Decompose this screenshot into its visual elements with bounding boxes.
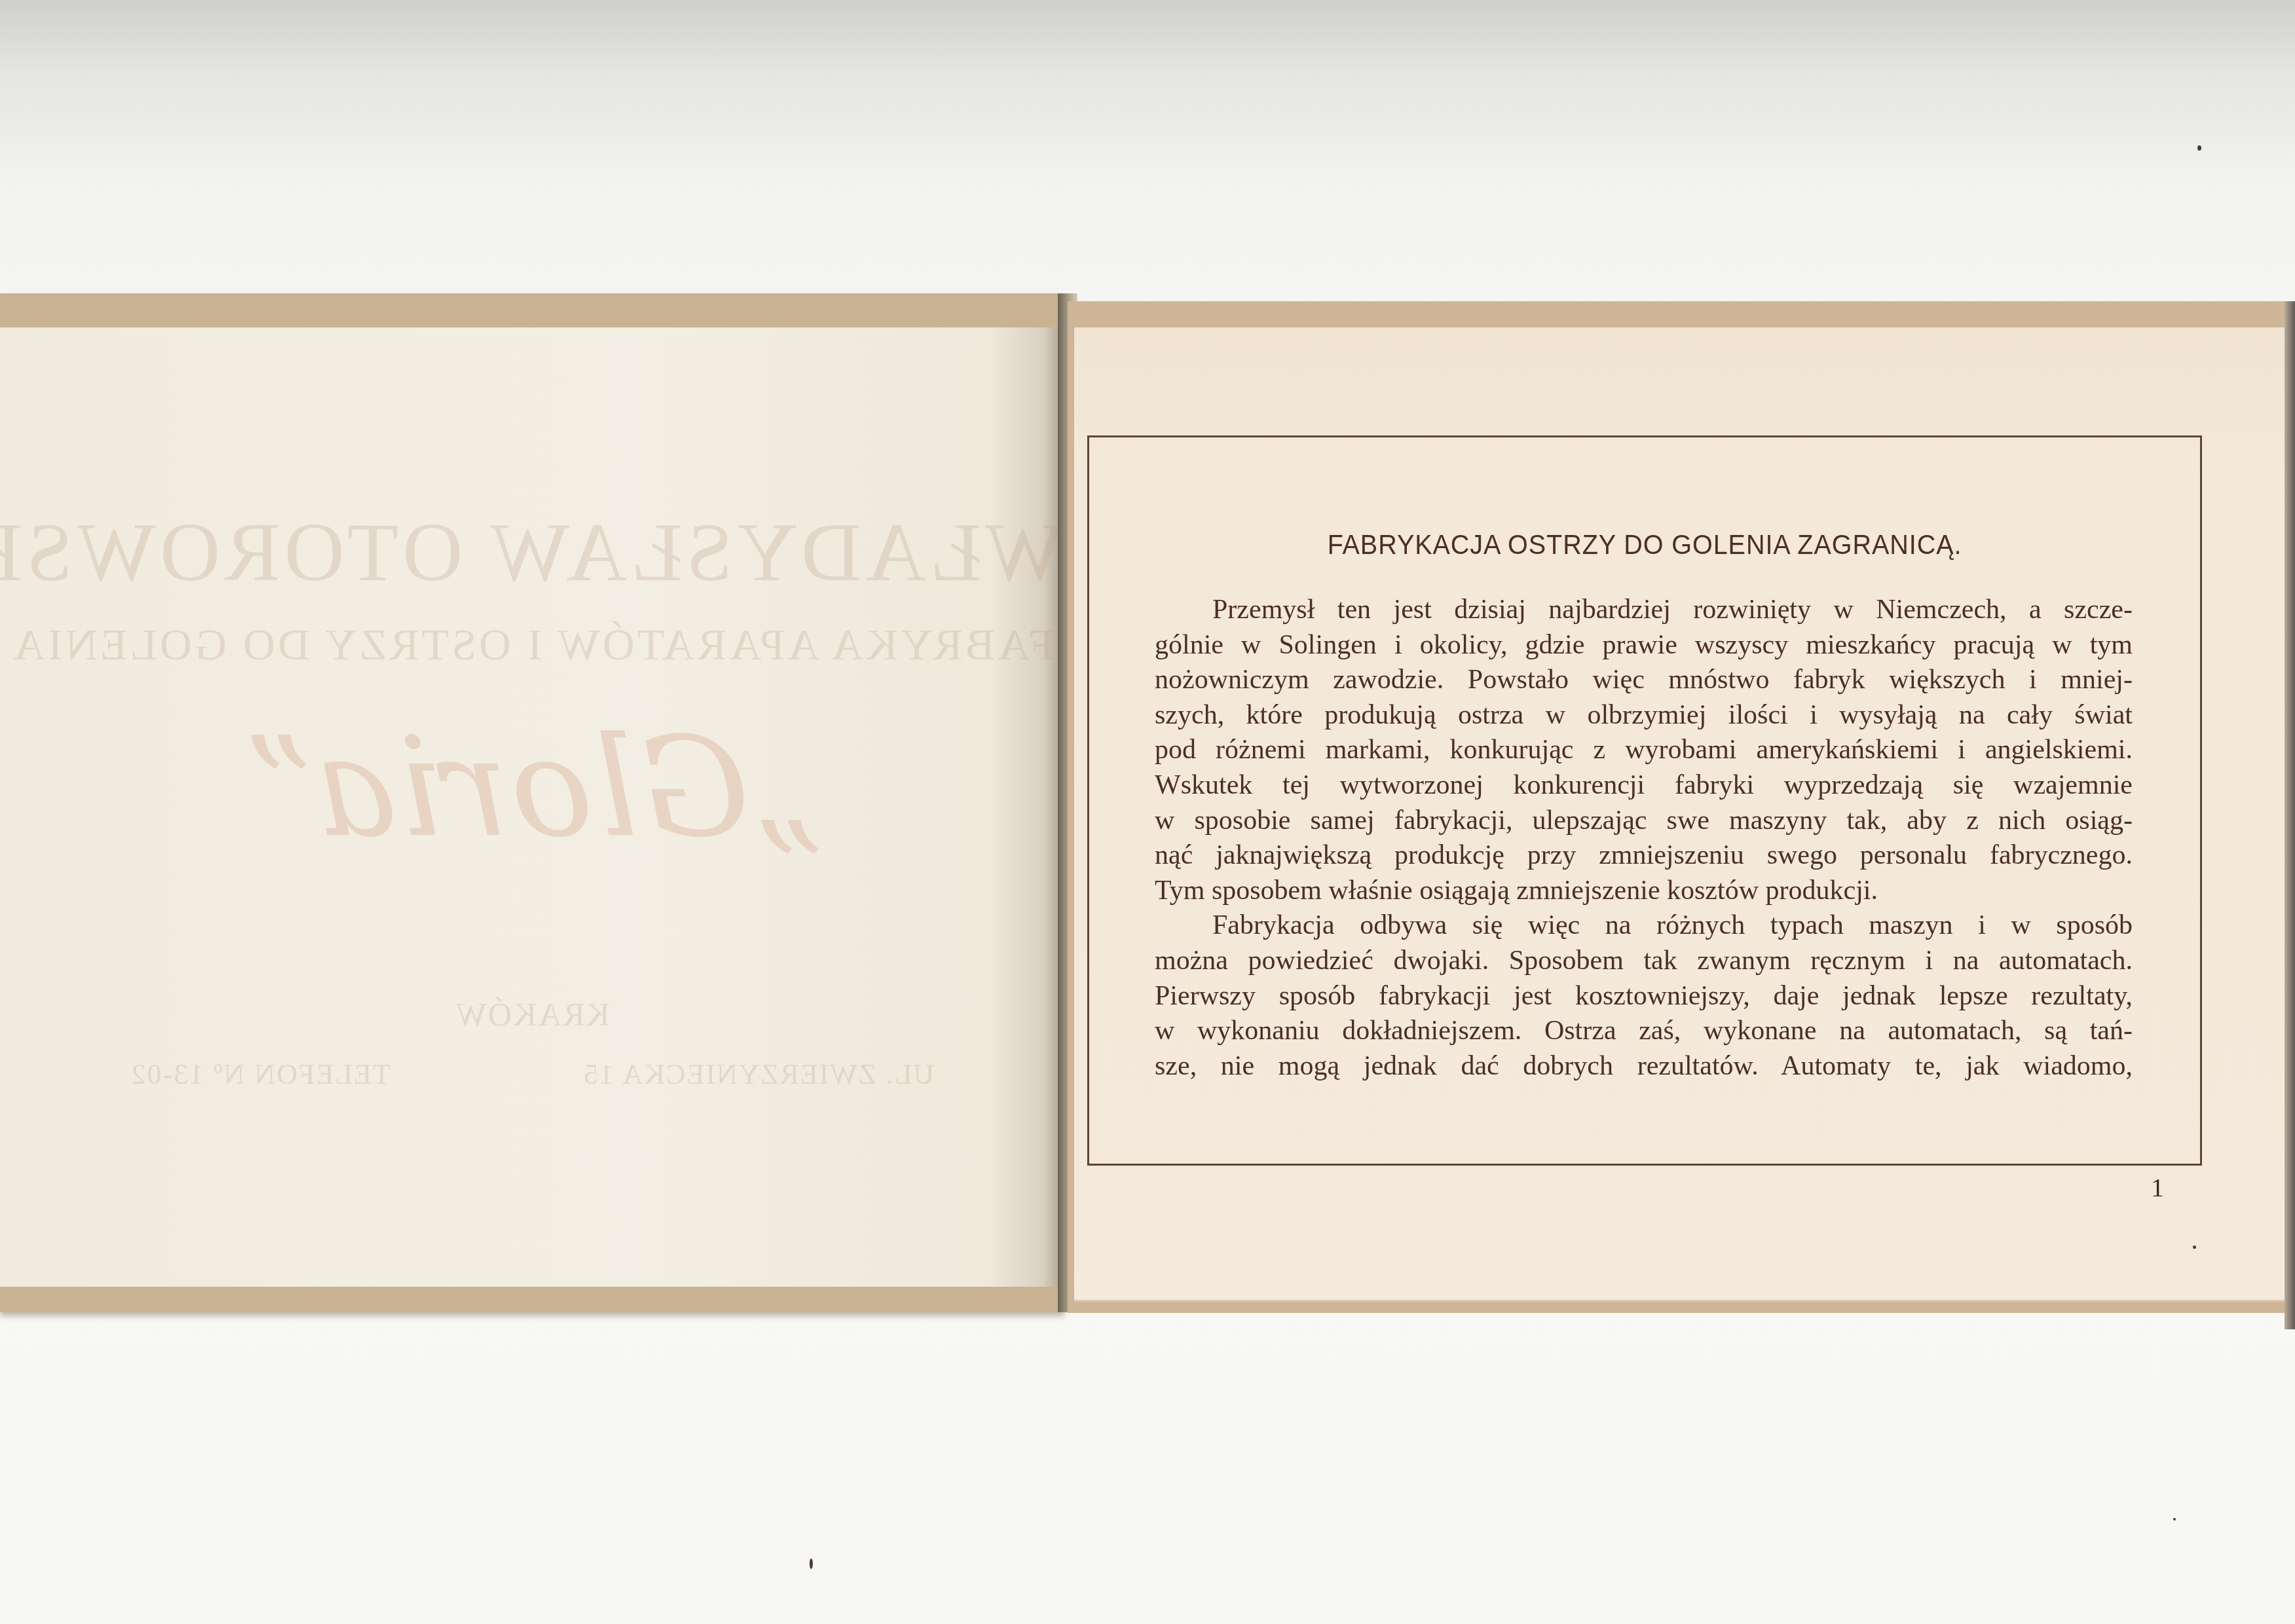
left-page: WŁADYSŁAW OTOROWSKI FABRYKA APARATÓW I O… xyxy=(0,327,1064,1287)
page-title: FABRYKACJA OSTRZY DO GOLENIA ZAGRANICĄ. xyxy=(1132,529,2157,561)
text-line: sze, nie mogą jednak dać dobrych rezulta… xyxy=(1155,1049,2133,1084)
right-edge-shadow xyxy=(2285,301,2295,1329)
text-line: Fabrykacja odbywa się więc na różnych ty… xyxy=(1155,908,2133,944)
scanner-background xyxy=(0,0,2295,170)
dust-speck xyxy=(810,1559,813,1569)
show-through-city: KRAKÓW xyxy=(0,995,1064,1033)
dust-speck xyxy=(2173,1518,2176,1521)
body-text: Przemysł ten jest dzisiaj najbardziej ro… xyxy=(1155,593,2133,1084)
text-line: nożowniczym zawodzie. Powstało więc mnós… xyxy=(1155,663,2133,698)
text-line: nąć jaknajwiększą produkcję przy zmniejs… xyxy=(1155,838,2133,874)
text-line: w sposobie samej fabrykacji, ulepszając … xyxy=(1155,803,2133,839)
show-through-address: UL. ZWIERZYNIECKA 15 TELEFON Nº 13-02 xyxy=(0,1058,1064,1091)
show-through-brand: „Gloria” xyxy=(0,707,1064,868)
text-line: w wykonaniu dokładniejszem. Ostrza zaś, … xyxy=(1155,1014,2133,1049)
text-line: szych, które produkują ostrza w olbrzymi… xyxy=(1155,698,2133,733)
show-through-street: UL. ZWIERZYNIECKA 15 xyxy=(582,1058,934,1091)
show-through-phone: TELEFON Nº 13-02 xyxy=(130,1058,391,1091)
text-line: gólnie w Solingen i okolicy, gdzie prawi… xyxy=(1155,628,2133,663)
dust-speck xyxy=(2193,1246,2196,1249)
text-line: pod różnemi markami, konkurując z wyroba… xyxy=(1155,733,2133,768)
dust-speck xyxy=(2197,145,2201,151)
text-line: można powiedzieć dwojaki. Sposobem tak z… xyxy=(1155,944,2133,979)
text-line: Przemysł ten jest dzisiaj najbardziej ro… xyxy=(1155,593,2133,628)
page-number: 1 xyxy=(2151,1172,2164,1203)
show-through-subtitle: FABRYKA APARATÓW I OSTRZY DO GOLENIA xyxy=(0,619,1064,671)
text-line: Tym sposobem właśnie osiągają zmniejszen… xyxy=(1155,874,2133,909)
show-through-name: WŁADYSŁAW OTOROWSKI xyxy=(0,504,1064,600)
text-line: Wskutek tej wytworzonej konkurencji fabr… xyxy=(1155,768,2133,803)
text-line: Pierwszy sposób fabrykacji jest kosztown… xyxy=(1155,979,2133,1014)
